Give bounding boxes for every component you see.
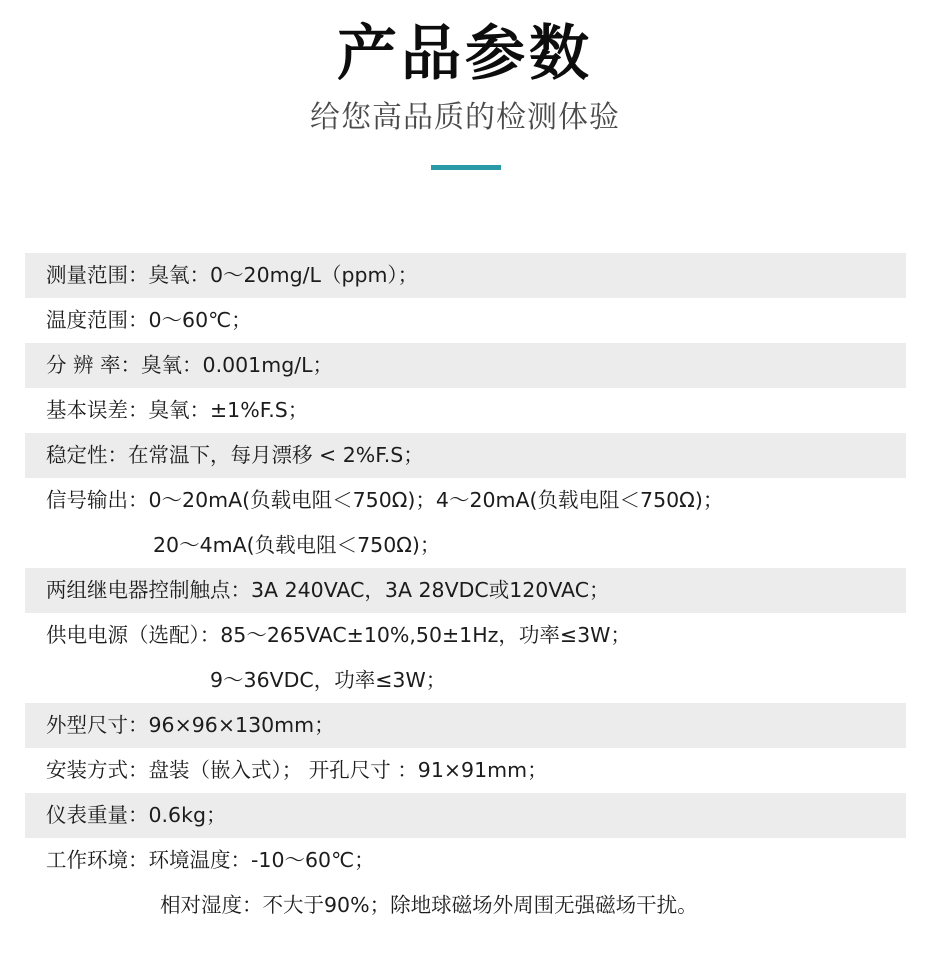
spec-row-signal-output: 信号输出：0～20mA(负载电阻＜750Ω)；4～20mA(负载电阻＜750Ω)… [25, 478, 906, 568]
spec-text: 工作环境：环境温度：-10～60℃； [25, 838, 906, 883]
spec-row-relay-contacts: 两组继电器控制触点：3A 240VAC，3A 28VDC或120VAC； [25, 568, 906, 613]
spec-text: 稳定性：在常温下，每月漂移 < 2%F.S； [25, 433, 906, 478]
spec-text: 安装方式：盘装（嵌入式）； 开孔尺寸 ：91×91mm； [25, 748, 906, 793]
spec-text: 两组继电器控制触点：3A 240VAC，3A 28VDC或120VAC； [25, 568, 906, 613]
spec-row-weight: 仪表重量：0.6kg； [25, 793, 906, 838]
page-title: 产品参数 [0, 18, 930, 90]
spec-row-resolution: 分 辨 率：臭氧：0.001mg/L； [25, 343, 906, 388]
spec-text-continued: 20～4mA(负载电阻＜750Ω)； [25, 523, 906, 568]
spec-row-temperature-range: 温度范围：0～60℃； [25, 298, 906, 343]
spec-row-stability: 稳定性：在常温下，每月漂移 < 2%F.S； [25, 433, 906, 478]
spec-text: 基本误差：臭氧：±1%F.S； [25, 388, 906, 433]
spec-text-continued: 相对湿度：不大于90%；除地球磁场外周围无强磁场干扰。 [25, 883, 906, 928]
spec-text-continued: 9～36VDC，功率≤3W； [25, 658, 906, 703]
spec-row-power-supply: 供电电源（选配）：85～265VAC±10%,50±1Hz，功率≤3W； 9～3… [25, 613, 906, 703]
spec-row-installation: 安装方式：盘装（嵌入式）； 开孔尺寸 ：91×91mm； [25, 748, 906, 793]
spec-text: 信号输出：0～20mA(负载电阻＜750Ω)；4～20mA(负载电阻＜750Ω)… [25, 478, 906, 523]
spec-text: 测量范围：臭氧：0～20mg/L（ppm）； [25, 253, 906, 298]
spec-row-measure-range: 测量范围：臭氧：0～20mg/L（ppm）； [25, 253, 906, 298]
spec-text: 供电电源（选配）：85～265VAC±10%,50±1Hz，功率≤3W； [25, 613, 906, 658]
page-subtitle: 给您高品质的检测体验 [0, 98, 930, 138]
spec-table: 测量范围：臭氧：0～20mg/L（ppm）； 温度范围：0～60℃； 分 辨 率… [25, 253, 906, 928]
spec-text: 仪表重量：0.6kg； [25, 793, 906, 838]
spec-row-working-environment: 工作环境：环境温度：-10～60℃； 相对湿度：不大于90%；除地球磁场外周围无… [25, 838, 906, 928]
accent-divider [431, 165, 501, 170]
spec-row-basic-error: 基本误差：臭氧：±1%F.S； [25, 388, 906, 433]
spec-row-dimensions: 外型尺寸：96×96×130mm； [25, 703, 906, 748]
spec-text: 分 辨 率：臭氧：0.001mg/L； [25, 343, 906, 388]
spec-text: 温度范围：0～60℃； [25, 298, 906, 343]
spec-text: 外型尺寸：96×96×130mm； [25, 703, 906, 748]
